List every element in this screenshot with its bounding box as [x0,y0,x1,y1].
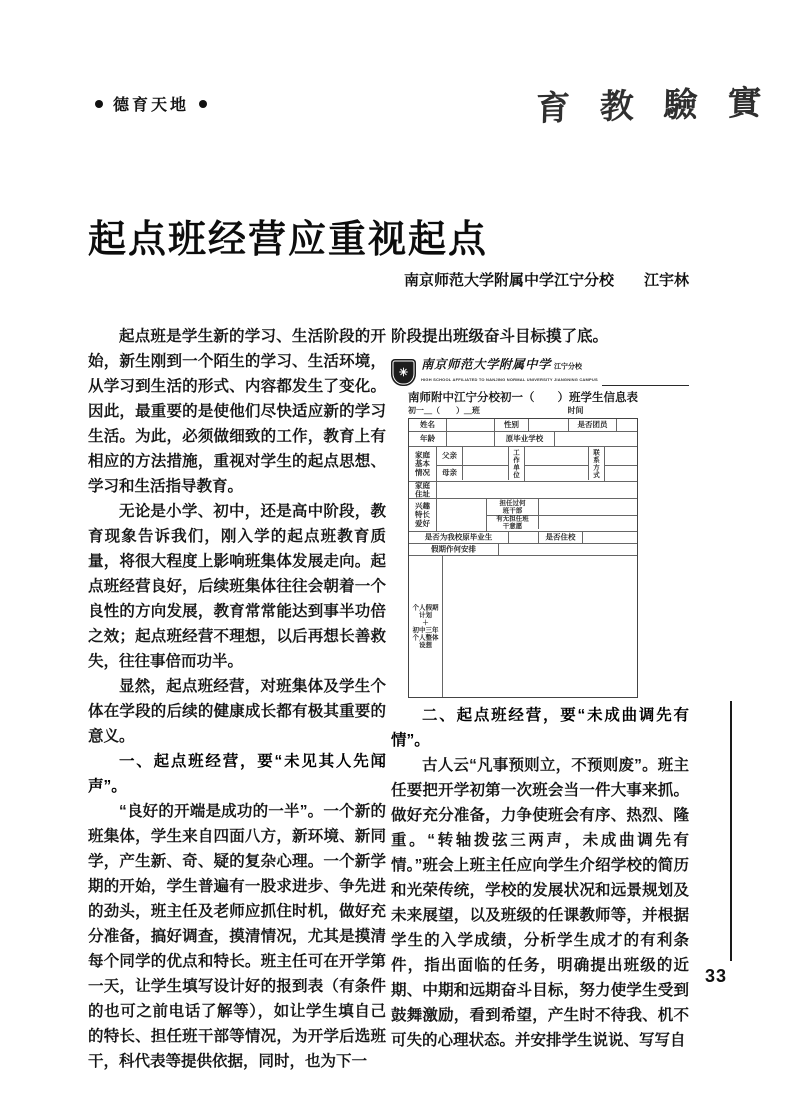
continuation-paragraph: 阶段提出班级奋斗目标摸了底。 [391,324,689,349]
label-gender: 性别 [495,419,529,431]
label-age: 年龄 [409,432,447,446]
table-row [525,447,589,466]
form-blank-cell [525,466,589,480]
student-info-form-inner: ✳ 南京师范大学附属中学 江宁分校 HIGH SCHOOL AFFILIATED… [391,357,689,698]
form-class-blank: 初一＿（ ）＿班 [408,405,480,418]
page-number: 33 [705,966,727,987]
label-interests: 兴趣 特长 爱好 [409,499,437,531]
label-vacation-plan: 假期作何安排 [409,544,499,555]
table-row [525,466,589,480]
family-parent-col: 父亲 母亲 [437,447,509,481]
bullet-icon [95,100,103,108]
label-previous-school: 原毕业学校 [495,432,555,446]
section-heading-2: 二、起点班经营，要“未成曲调先有情”。 [391,703,689,753]
table-row: 是否为我校原毕业生 是否住校 [409,532,637,544]
label-work-unit: 工 作 单 位 [509,447,525,481]
table-row: 母亲 [437,466,509,480]
table-row [605,447,637,466]
cadre-col: 担任过何 班干部 有无担任班 干意愿 [487,499,637,531]
form-table: 姓名 性别 是否团员 年龄 原毕业学校 [408,418,638,698]
journal-page: 德育天地 育 教 驗 實 起点班经营应重视起点 南京师范大学附属中学江宁分校 江… [0,0,805,1100]
article-body: 起点班是学生新的学习、生活阶段的开始，新生刚到一个陌生的学习、生活环境，从学习到… [88,324,689,1074]
form-blank-cell [605,466,637,480]
student-info-form: ✳ 南京师范大学附属中学 江宁分校 HIGH SCHOOL AFFILIATED… [391,357,689,693]
form-blank-cell [509,532,539,543]
form-header-underline [602,362,689,386]
table-row-interests: 兴趣 特长 爱好 担任过何 班干部 有无担任班 干意愿 [409,499,637,532]
paragraph: 显然，起点班经营，对班集体及学生个体在学段的后续的健康成长都有极其重要的意义。 [88,674,386,749]
label-name: 姓名 [409,419,447,431]
table-row-family: 家庭 基本 情况 父亲 母亲 [409,447,637,482]
form-blank-cell [443,556,637,697]
label-home-address: 家庭 住址 [409,482,437,498]
paragraph: “良好的开端是成功的一半”。一个新的班集体，学生来自四面八方，新环境、新同学，产… [88,799,386,1074]
table-row: 家庭 住址 [409,482,637,499]
left-column: 起点班是学生新的学习、生活阶段的开始，新生刚到一个陌生的学习、生活环境，从学习到… [88,324,386,1074]
contact-col [605,447,637,481]
form-blank-cell [447,432,495,446]
table-row: 父亲 [437,447,509,466]
form-blank-cell [583,532,637,543]
form-blank-cell [437,499,487,531]
form-blank-cell [539,499,637,515]
label-contact: 联 系 方 式 [589,447,605,481]
right-column: 阶段提出班级奋斗目标摸了底。 ✳ 南京师范大学附属中学 江宁分校 HIGH SC… [391,324,689,1074]
margin-vertical-rule [730,701,732,961]
form-blank-cell [463,447,509,465]
table-row: 假期作何安排 [409,544,637,556]
form-blank-cell [447,419,495,431]
article-byline: 南京师范大学附属中学江宁分校 江宇林 [88,269,689,290]
form-blank-cell [539,516,637,529]
form-blank-cell [529,419,569,431]
form-blank-cell [499,544,637,555]
school-text: 南京师范大学附属中学 江宁分校 HIGH SCHOOL AFFILIATED T… [421,359,598,387]
paragraph: 无论是小学、初中，还是高中阶段，教育现象告诉我们，刚入学的起点班教育质量，将很大… [88,499,386,674]
label-past-cadre: 担任过何 班干部 [487,499,539,515]
section-label-text: 德育天地 [113,92,189,115]
form-class-line: 初一＿（ ）＿班 时间 [408,405,638,418]
label-school-graduate: 是否为我校原毕业生 [409,532,509,543]
section-label: 德育天地 [95,92,207,115]
label-mother: 母亲 [437,466,463,480]
form-blank-cell [555,432,637,446]
journal-logo: 育 教 驗 實 [530,70,700,134]
form-blank-cell [617,419,637,431]
label-boarding: 是否住校 [539,532,583,543]
label-league-member: 是否团员 [569,419,617,431]
label-personal-plan: 个人假期 计划 ＋ 初中三年 个人整体 设想 [409,556,443,697]
table-row: 年龄 原毕业学校 [409,432,637,447]
paragraph: 起点班是学生新的学习、生活阶段的开始，新生刚到一个陌生的学习、生活环境，从学习到… [88,324,386,499]
form-blank-cell [525,447,589,465]
article-title: 起点班经营应重视起点 [88,208,488,263]
shield-emblem-glyph: ✳ [399,367,408,378]
section-heading-1: 一、起点班经营，要“未见其人先闻声”。 [88,749,386,799]
form-time-label: 时间 [568,405,584,418]
table-row: 个人假期 计划 ＋ 初中三年 个人整体 设想 [409,556,637,697]
form-blank-cell [463,466,509,480]
table-row: 姓名 性别 是否团员 [409,419,637,432]
label-family-info: 家庭 基本 情况 [409,447,437,481]
school-logo-shield-icon: ✳ [391,359,416,386]
bullet-icon [199,100,207,108]
label-father: 父亲 [437,447,463,465]
school-branch: 江宁分校 [554,360,582,373]
school-name: 南京师范大学附属中学 [421,359,551,372]
form-logo-row: ✳ 南京师范大学附属中学 江宁分校 HIGH SCHOOL AFFILIATED… [391,357,689,386]
table-row: 担任过何 班干部 [487,499,637,516]
form-title: 南师附中江宁分校初一（ ）班学生信息表 [408,391,638,404]
paragraph: 古人云“凡事预则立，不预则废”。班主任要把开学初第一次班会当一件大事来抓。做好充… [391,753,689,1053]
table-row [605,466,637,480]
table-row: 有无担任班 干意愿 [487,516,637,529]
school-name-line: 南京师范大学附属中学 江宁分校 [421,359,598,373]
form-blank-cell [437,482,637,498]
form-blank-cell [605,447,637,465]
school-name-english: HIGH SCHOOL AFFILIATED TO NANJING NORMAL… [421,374,598,387]
label-cadre-wish: 有无担任班 干意愿 [487,516,539,529]
work-unit-col [525,447,589,481]
journal-logo-calligraphy: 育 教 驗 實 [535,74,771,129]
